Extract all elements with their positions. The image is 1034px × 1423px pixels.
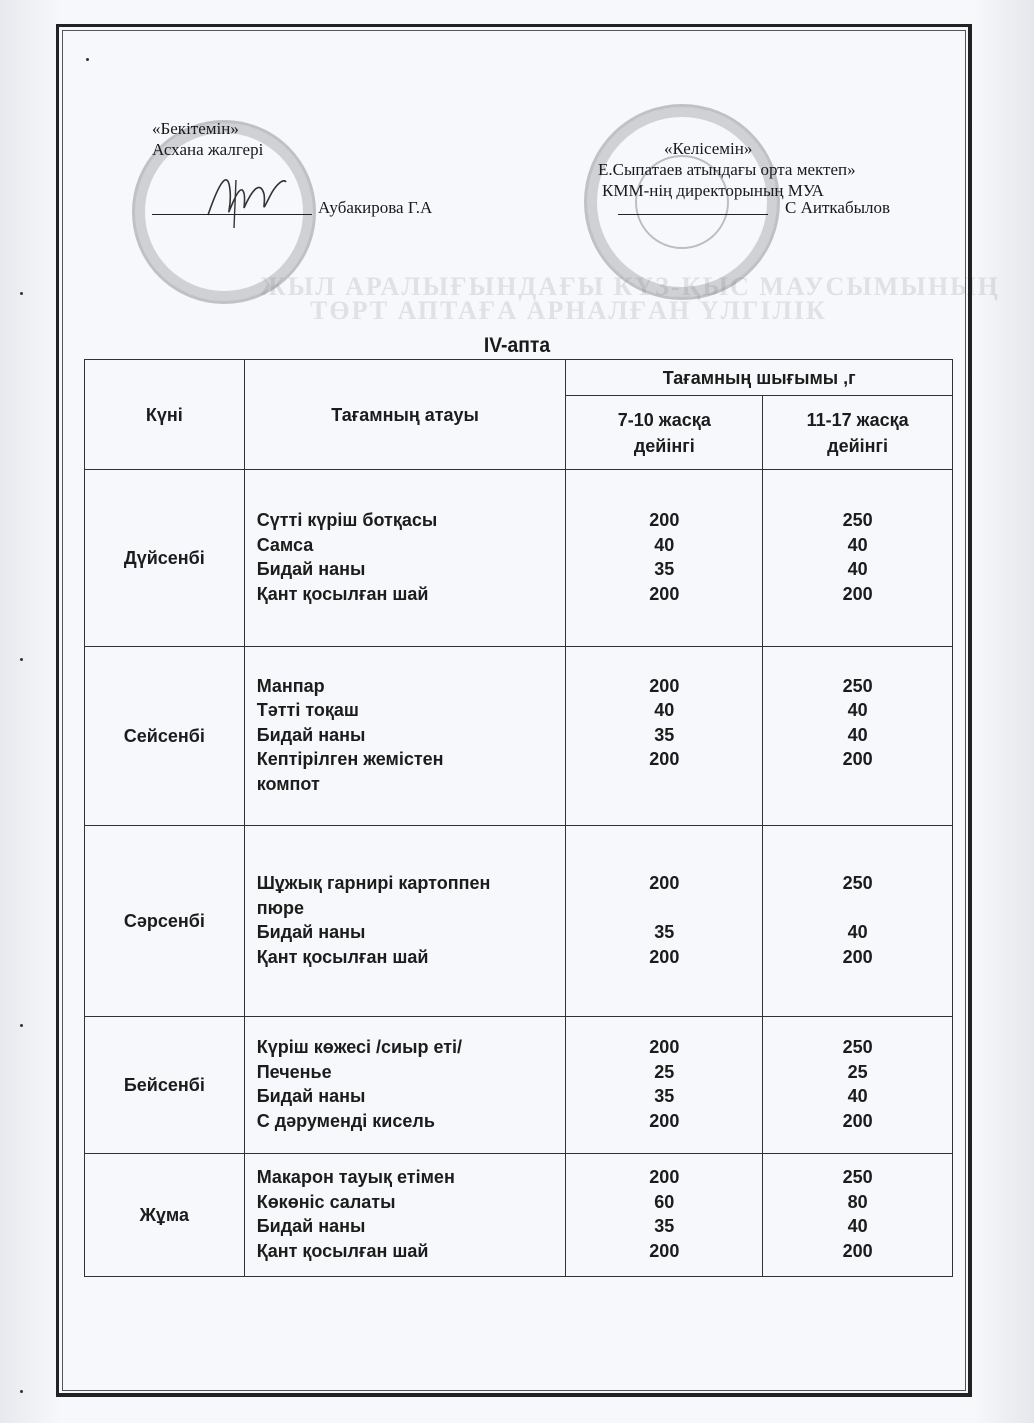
portion-value: 40 (763, 557, 952, 582)
portion-value: 200 (566, 871, 762, 896)
agreement-org-line1: Е.Сыпатаев атындағы орта мектеп» (598, 159, 856, 180)
scan-speck (20, 1390, 23, 1393)
dish-cell: Макарон тауық етіменКөкөніс салатыБидай … (244, 1154, 566, 1277)
portion-value: 35 (566, 1084, 762, 1109)
official-seal-icon (584, 104, 780, 300)
header-output: Тағамның шығымы ,г (566, 360, 953, 396)
portion-value (566, 772, 762, 797)
table-row: БейсенбіКүріш көжесі /сиыр еті/ПеченьеБи… (85, 1017, 953, 1154)
portion-11-17-cell: 2504040200 (763, 647, 953, 826)
scan-speck (86, 58, 89, 61)
portion-value: 250 (763, 1035, 952, 1060)
portion-value: 200 (763, 1239, 952, 1264)
portion-11-17-cell: 2502540200 (763, 1017, 953, 1154)
portion-value: 40 (763, 1214, 952, 1239)
dish-name: Бидай наны (257, 920, 566, 945)
dish-cell: Сүтті күріш ботқасыСамсаБидай наныҚант қ… (244, 470, 566, 647)
approval-label: «Бекітемін» (152, 118, 263, 139)
dish-name: Тәтті тоқаш (257, 698, 566, 723)
portion-7-10-cell: 2004035200 (566, 647, 763, 826)
dish-name: Қант қосылған шай (257, 582, 566, 607)
dish-name: Самса (257, 533, 566, 558)
table-row: СейсенбіМанпарТәтті тоқашБидай наныКепті… (85, 647, 953, 826)
portion-11-17-cell: 2504040200 (763, 470, 953, 647)
agreement-block: «Келісемін» Е.Сыпатаев атындағы орта мек… (598, 138, 856, 201)
portion-value: 200 (763, 747, 952, 772)
signature-icon (200, 160, 290, 230)
portion-11-17-cell: 2508040200 (763, 1154, 953, 1277)
portion-value: 200 (566, 508, 762, 533)
portion-value: 250 (763, 508, 952, 533)
portion-value: 35 (566, 920, 762, 945)
portion-value: 200 (566, 945, 762, 970)
dish-name: пюре (257, 896, 566, 921)
dish-name: Макарон тауық етімен (257, 1165, 566, 1190)
dish-name: Күріш көжесі /сиыр еті/ (257, 1035, 566, 1060)
portion-value: 40 (763, 698, 952, 723)
dish-cell: Күріш көжесі /сиыр еті/ПеченьеБидай наны… (244, 1017, 566, 1154)
approval-position: Асхана жалгері (152, 139, 263, 160)
portion-value: 25 (763, 1060, 952, 1085)
dish-name: Бидай наны (257, 723, 566, 748)
dish-name: Бидай наны (257, 1084, 566, 1109)
scan-speck (20, 1024, 23, 1027)
dish-name: С дәруменді кисель (257, 1109, 566, 1134)
table-header-row: Күні Тағамның атауы Тағамның шығымы ,г (85, 360, 953, 396)
portion-value: 200 (763, 1109, 952, 1134)
portion-value: 40 (763, 723, 952, 748)
portion-7-10-cell: 20035200 (566, 826, 763, 1017)
table-row: СәрсенбіШұжық гарнирі картоппенпюреБидай… (85, 826, 953, 1017)
table-row: ДүйсенбіСүтті күріш ботқасыСамсаБидай на… (85, 470, 953, 647)
portion-value: 60 (566, 1190, 762, 1215)
approval-block: «Бекітемін» Асхана жалгері (152, 118, 263, 160)
portion-value: 40 (763, 1084, 952, 1109)
portion-value: 200 (566, 1035, 762, 1060)
portion-value: 200 (566, 674, 762, 699)
portion-value: 80 (763, 1190, 952, 1215)
portion-value: 200 (763, 582, 952, 607)
dish-name: Бидай наны (257, 557, 566, 582)
day-cell: Дүйсенбі (85, 470, 245, 647)
portion-value: 200 (566, 1109, 762, 1134)
header-age-b: 11-17 жасқа дейінгі (763, 396, 953, 470)
day-cell: Сейсенбі (85, 647, 245, 826)
day-cell: Бейсенбі (85, 1017, 245, 1154)
portion-value (763, 896, 952, 921)
header-age-a: 7-10 жасқа дейінгі (566, 396, 763, 470)
day-cell: Жұма (85, 1154, 245, 1277)
portion-value: 250 (763, 871, 952, 896)
header-dish: Тағамның атауы (244, 360, 566, 470)
portion-value (763, 772, 952, 797)
scan-speck (20, 292, 23, 295)
portion-value: 200 (566, 1239, 762, 1264)
approval-signature-line (152, 214, 312, 215)
portion-value: 200 (566, 1165, 762, 1190)
portion-value: 200 (566, 582, 762, 607)
agreement-signature-line (618, 214, 768, 215)
scan-speck (20, 658, 23, 661)
day-cell: Сәрсенбі (85, 826, 245, 1017)
portion-value: 40 (763, 533, 952, 558)
dish-name: Печенье (257, 1060, 566, 1085)
dish-name: Қант қосылған шай (257, 1239, 566, 1264)
portion-value: 40 (763, 920, 952, 945)
portion-7-10-cell: 2002535200 (566, 1017, 763, 1154)
dish-name: Шұжық гарнирі картоппен (257, 871, 566, 896)
portion-value: 35 (566, 723, 762, 748)
agreement-label: «Келісемін» (598, 138, 856, 159)
portion-11-17-cell: 25040200 (763, 826, 953, 1017)
dish-cell: МанпарТәтті тоқашБидай наныКептірілген ж… (244, 647, 566, 826)
week-title: IV-апта (41, 334, 992, 358)
dish-name: Көкөніс салаты (257, 1190, 566, 1215)
dish-name: Қант қосылған шай (257, 945, 566, 970)
menu-table: Күні Тағамның атауы Тағамның шығымы ,г 7… (84, 359, 953, 1277)
dish-name: Бидай наны (257, 1214, 566, 1239)
portion-value: 200 (763, 945, 952, 970)
dish-name: Кептірілген жемістен (257, 747, 566, 772)
portion-7-10-cell: 2006035200 (566, 1154, 763, 1277)
dish-name: Манпар (257, 674, 566, 699)
dish-name: компот (257, 772, 566, 797)
portion-value: 25 (566, 1060, 762, 1085)
agreement-name: С Аиткабылов (785, 198, 890, 218)
dish-name: Сүтті күріш ботқасы (257, 508, 566, 533)
table-row: ЖұмаМакарон тауық етіменКөкөніс салатыБи… (85, 1154, 953, 1277)
portion-value (566, 896, 762, 921)
portion-7-10-cell: 2004035200 (566, 470, 763, 647)
approval-name: Аубакирова Г.А (318, 198, 432, 218)
portion-value: 200 (566, 747, 762, 772)
portion-value: 250 (763, 674, 952, 699)
portion-value: 35 (566, 1214, 762, 1239)
portion-value: 40 (566, 698, 762, 723)
portion-value: 35 (566, 557, 762, 582)
header-day: Күні (85, 360, 245, 470)
portion-value: 250 (763, 1165, 952, 1190)
dish-cell: Шұжық гарнирі картоппенпюреБидай наныҚан… (244, 826, 566, 1017)
portion-value: 40 (566, 533, 762, 558)
